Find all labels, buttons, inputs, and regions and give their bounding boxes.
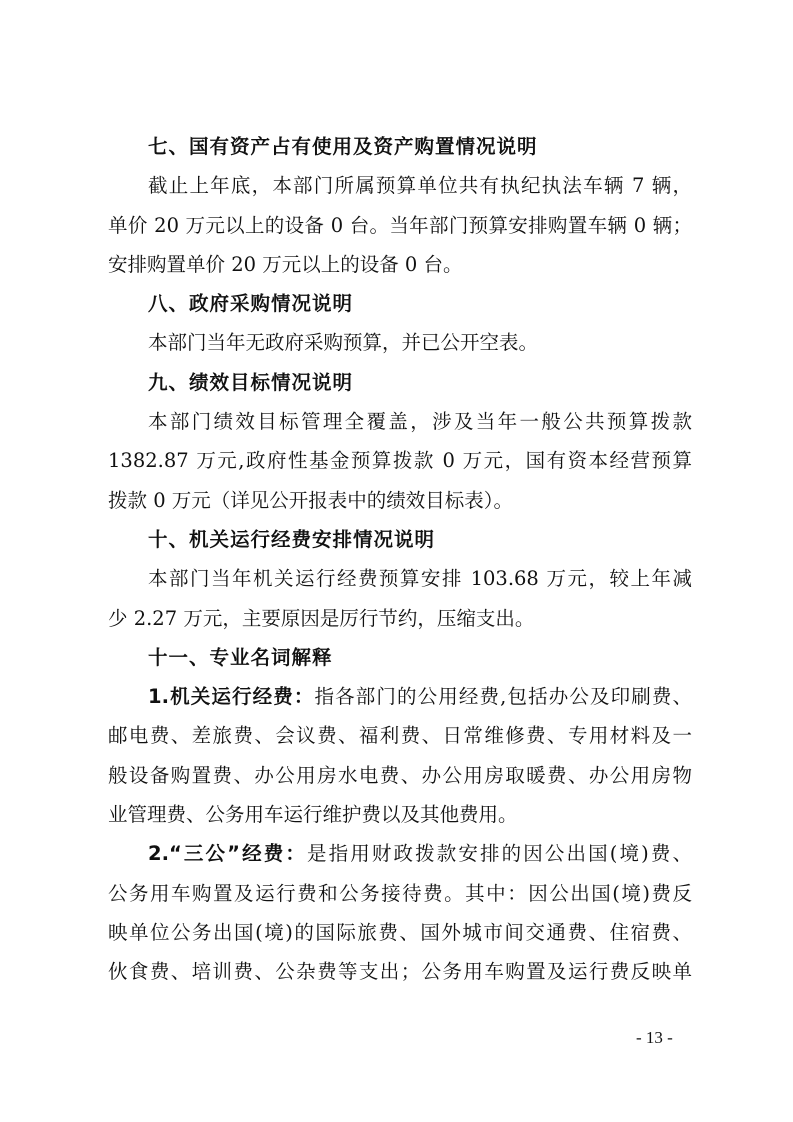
paragraph-line: 少 2.27 万元，主要原因是厉行节约，压缩支出。	[108, 599, 692, 638]
section-heading-operating-costs: 十、机关运行经费安排情况说明	[108, 520, 692, 559]
paragraph-line: 单价 20 万元以上的设备 0 台。当年部门预算安排购置车辆 0 辆；	[108, 206, 692, 245]
paragraph-line: 公务用车购置及运行费和公务接待费。其中：因公出国(境)费反	[108, 874, 692, 913]
paragraph-line: 邮电费、差旅费、会议费、福利费、日常维修费、专用材料及一	[108, 716, 692, 755]
section-heading-assets: 七、国有资产占有使用及资产购置情况说明	[108, 127, 692, 166]
glossary-term: 1.机关运行经费：	[148, 685, 315, 708]
paragraph-line: 本部门绩效目标管理全覆盖，涉及当年一般公共预算拨款	[108, 402, 692, 441]
section-heading-glossary: 十一、专业名词解释	[108, 638, 692, 677]
glossary-definition: 指各部门的公用经费,包括办公及印刷费、	[315, 685, 693, 708]
paragraph-line: 拨款 0 万元（详见公开报表中的绩效目标表）。	[108, 481, 692, 520]
paragraph-line: 映单位公务出国(境)的国际旅费、国外城市间交通费、住宿费、	[108, 913, 692, 952]
glossary-term: 2.“三公”经费：	[148, 842, 307, 865]
section-heading-procurement: 八、政府采购情况说明	[108, 284, 692, 323]
page-number: - 13 -	[636, 1028, 673, 1048]
paragraph-line: 业管理费、公务用车运行维护费以及其他费用。	[108, 795, 692, 834]
paragraph-line: 本部门当年机关运行经费预算安排 103.68 万元，较上年减	[108, 559, 692, 598]
glossary-item-first-line: 1.机关运行经费：指各部门的公用经费,包括办公及印刷费、	[108, 677, 692, 716]
paragraph-line: 本部门当年无政府采购预算，并已公开空表。	[108, 323, 692, 362]
section-heading-performance: 九、绩效目标情况说明	[108, 363, 692, 402]
document-page: 七、国有资产占有使用及资产购置情况说明 截止上年底，本部门所属预算单位共有执纪执…	[0, 0, 793, 1122]
glossary-item-first-line: 2.“三公”经费：是指用财政拨款安排的因公出国(境)费、	[108, 834, 692, 873]
paragraph-line: 1382.87 万元,政府性基金预算拨款 0 万元，国有资本经营预算	[108, 441, 692, 480]
glossary-definition: 是指用财政拨款安排的因公出国(境)费、	[307, 842, 692, 865]
paragraph-line: 般设备购置费、办公用房水电费、办公用房取暖费、办公用房物	[108, 756, 692, 795]
paragraph-line: 伙食费、培训费、公杂费等支出；公务用车购置及运行费反映单	[108, 952, 692, 991]
page-content: 七、国有资产占有使用及资产购置情况说明 截止上年底，本部门所属预算单位共有执纪执…	[108, 127, 692, 992]
paragraph-line: 安排购置单价 20 万元以上的设备 0 台。	[108, 245, 692, 284]
paragraph-line: 截止上年底，本部门所属预算单位共有执纪执法车辆 7 辆，	[108, 166, 692, 205]
